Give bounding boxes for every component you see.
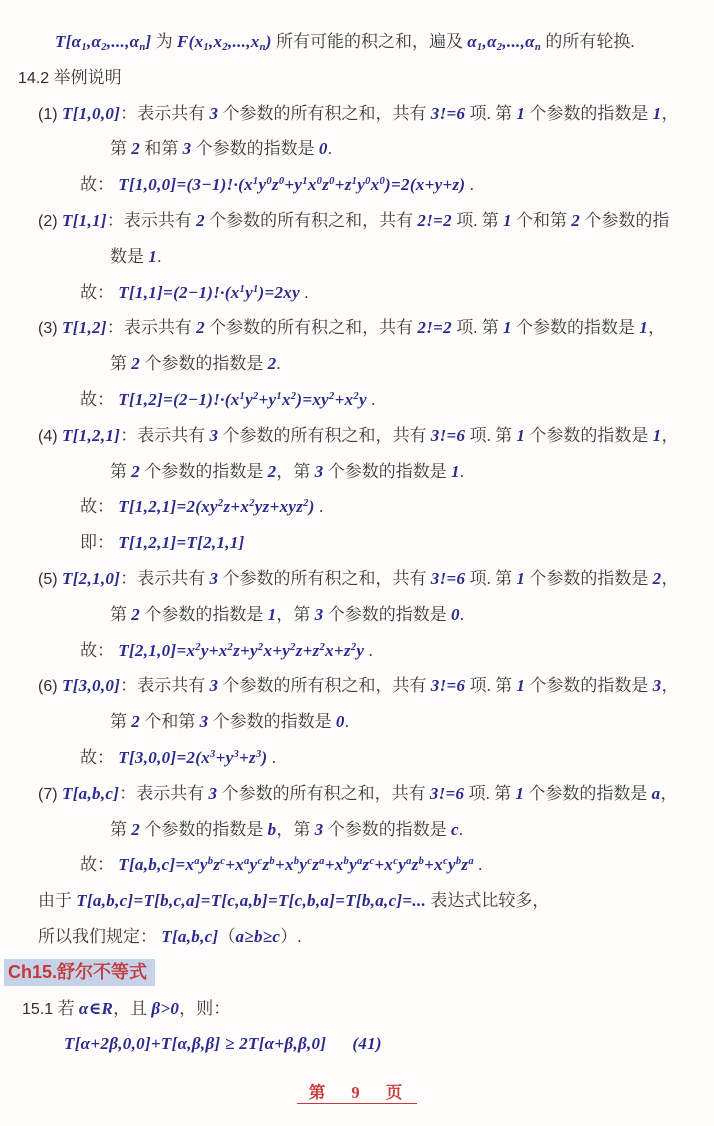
item-4-equivalence: 即： T[1,2,1]=T[2,1,1] <box>0 525 714 561</box>
text-segment: 故： <box>80 390 118 409</box>
math-text: 3 <box>209 569 218 588</box>
text-segment: 个参数的指数是 <box>525 426 653 445</box>
text-segment: 个参数的指数是 <box>323 605 451 624</box>
text-segment: ， <box>661 426 678 445</box>
math-text: T[a,b,c] <box>62 784 119 803</box>
item-2-head: (2) T[1,1]：表示共有 2 个参数的所有积之和，共有 2!=2 项. 第… <box>0 203 714 239</box>
text-segment: ， <box>661 569 678 588</box>
math-text: 3!=6 <box>431 676 466 695</box>
text-segment: 项. 第 <box>465 104 516 123</box>
doc-lines: T[α1,α2,...,αn] 为 F(x1,x2,...,xn) 所有可能的积… <box>0 24 714 1062</box>
text-segment: . <box>460 605 464 624</box>
math-text: 3!=6 <box>431 569 466 588</box>
text-segment: 个参数的指数是 <box>140 462 268 481</box>
text-segment: (5) <box>38 571 62 588</box>
math-text: 2 <box>131 712 140 731</box>
math-text: 1 <box>516 104 525 123</box>
math-text: 0 <box>451 605 460 624</box>
text-segment: 项. 第 <box>452 318 503 337</box>
math-text: (41) <box>352 1034 382 1053</box>
text-segment: ， <box>661 676 678 695</box>
text-segment: . <box>276 354 280 373</box>
math-text: T[1,0,0] <box>62 104 120 123</box>
text-segment: 项. 第 <box>465 569 516 588</box>
math-text: 3 <box>209 676 218 695</box>
text-segment: 个参数的指数是 <box>191 139 319 158</box>
math-text: 1 <box>148 247 157 266</box>
math-text: 1 <box>451 462 460 481</box>
math-text: 2!=2 <box>417 318 452 337</box>
item-5-head: (5) T[2,1,0]：表示共有 3 个参数的所有积之和，共有 3!=6 项.… <box>0 561 714 597</box>
math-text: 2 <box>131 605 140 624</box>
text-segment: 个参数的指数是 <box>323 820 451 839</box>
text-segment: Ch15. <box>8 962 57 982</box>
item-7-formula: 故： T[a,b,c]=xaybzc+xayczb+xbycza+xbyazc+… <box>0 847 714 883</box>
item-4-formula: 故： T[1,2,1]=2(xy2z+x2yz+xyz2) . <box>0 489 714 525</box>
text-segment: 表达式比较多， <box>426 891 549 910</box>
page-number: 第 9 页 <box>297 1083 418 1104</box>
text-segment: （ <box>218 927 235 946</box>
item-4-head: (4) T[1,2,1]：表示共有 3 个参数的所有积之和，共有 3!=6 项.… <box>0 418 714 454</box>
text-segment: 故： <box>80 283 118 302</box>
text-segment: 和第 <box>140 139 183 158</box>
text-segment: 项. 第 <box>452 211 503 230</box>
text-segment: ：表示共有 <box>120 676 209 695</box>
math-text: 3!=6 <box>431 104 466 123</box>
text-segment: . <box>315 497 324 516</box>
item-2-cont: 数是 1. <box>0 239 714 275</box>
chapter-15-title: Ch15.舒尔不等式 <box>0 955 714 991</box>
text-segment: 第 <box>110 820 131 839</box>
text-segment: . <box>364 641 373 660</box>
text-segment: . <box>460 462 464 481</box>
text-segment: (7) <box>38 786 62 803</box>
text-segment: 第 <box>110 462 131 481</box>
item-4-cont: 第 2 个参数的指数是 2，第 3 个参数的指数是 1. <box>0 454 714 490</box>
item-6-formula: 故： T[3,0,0]=2(x3+y3+z3) . <box>0 740 714 776</box>
text-segment: 个和第 <box>512 211 572 230</box>
math-text: 1 <box>503 318 512 337</box>
item-1-formula: 故： T[1,0,0]=(3−1)!·(x1y0z0+y1x0z0+z1y0x0… <box>0 167 714 203</box>
text-segment: 个参数的所有积之和，共有 <box>217 784 430 803</box>
math-text: T[1,2]=(2−1)!·(x1y2+y1x2)=xy2+x2y <box>118 390 367 409</box>
text-segment: . <box>300 283 309 302</box>
text-segment: 故： <box>80 855 118 874</box>
math-text: 1 <box>516 676 525 695</box>
math-text: 0 <box>336 712 345 731</box>
text-segment: 个参数的指数是 <box>140 820 268 839</box>
text-segment: 个和第 <box>140 712 200 731</box>
text-segment: 由于 <box>38 891 76 910</box>
math-text: 3 <box>209 104 218 123</box>
math-text: 1 <box>516 426 525 445</box>
math-text: T[a,b,c]=xaybzc+xayczb+xbycza+xbyazc+xcy… <box>118 855 474 874</box>
item-6-head: (6) T[3,0,0]：表示共有 3 个参数的所有积之和，共有 3!=6 项.… <box>0 668 714 704</box>
text-segment: 数是 <box>110 247 148 266</box>
item-2-formula: 故： T[1,1]=(2−1)!·(x1y1)=2xy . <box>0 275 714 311</box>
text-segment: 所以我们规定： <box>38 927 161 946</box>
text-segment: 若 <box>58 999 79 1018</box>
section-15-1-head: 15.1 若 α∈R，且 β>0，则： <box>0 991 714 1027</box>
text-segment: 的所有轮换. <box>541 32 635 51</box>
text-segment: 个参数的指数是 <box>323 462 451 481</box>
remark-convention: 所以我们规定： T[a,b,c]（a≥b≥c）. <box>0 919 714 955</box>
math-text: 1 <box>515 784 524 803</box>
text-segment: 15.1 <box>22 1001 58 1018</box>
text-segment: ， <box>661 104 678 123</box>
text-segment: ，第 <box>276 605 314 624</box>
text-segment: 个参数的指数是 <box>525 104 653 123</box>
math-text: 2 <box>131 354 140 373</box>
section-14-2-title: 14.2 举例说明 <box>0 60 714 96</box>
text-segment: 个参数的指数是 <box>140 605 268 624</box>
text-segment: (4) <box>38 428 62 445</box>
math-text: 2!=2 <box>417 211 452 230</box>
text-segment: 故： <box>80 641 118 660</box>
math-text: T[1,2,1]=2(xy2z+x2yz+xyz2) <box>118 497 314 516</box>
text-segment: 个参数的指数是 <box>512 318 640 337</box>
text-segment: ，且 <box>113 999 151 1018</box>
math-text: 3!=6 <box>430 784 465 803</box>
math-text: 2 <box>571 211 580 230</box>
text-segment: . <box>465 175 474 194</box>
text-segment: ）. <box>280 927 301 946</box>
text-segment: . <box>459 820 463 839</box>
text-segment: 项. 第 <box>465 426 516 445</box>
intro-line: T[α1,α2,...,αn] 为 F(x1,x2,...,xn) 所有可能的积… <box>0 24 714 60</box>
text-segment: 所有可能的积之和，遍及 <box>272 32 468 51</box>
math-text: T[a,b,c] <box>161 927 218 946</box>
text-segment: ， <box>660 784 677 803</box>
item-6-cont: 第 2 个和第 3 个参数的指数是 0. <box>0 704 714 740</box>
text-segment: ，第 <box>276 820 314 839</box>
text-segment: . <box>157 247 161 266</box>
text-segment: 舒尔不等式 <box>57 962 147 982</box>
math-text: T[1,2,1] <box>62 426 120 445</box>
text-segment: 个参数的所有积之和，共有 <box>218 426 431 445</box>
item-7-cont: 第 2 个参数的指数是 b，第 3 个参数的指数是 c. <box>0 812 714 848</box>
math-text: T[α+2β,0,0]+T[α,β,β] ≥ 2T[α+β,β,0] <box>64 1034 326 1053</box>
math-text: T[1,2,1]=T[2,1,1] <box>118 533 244 552</box>
math-text: c <box>451 820 459 839</box>
text-segment: ：表示共有 <box>120 569 209 588</box>
text-segment: 个参数的指数是 <box>140 354 268 373</box>
text-segment: ：表示共有 <box>119 784 208 803</box>
text-segment: 个参数的指数是 <box>524 784 652 803</box>
text-segment: ：表示共有 <box>120 104 209 123</box>
item-3-formula: 故： T[1,2]=(2−1)!·(x1y2+y1x2)=xy2+x2y . <box>0 382 714 418</box>
item-1-cont: 第 2 和第 3 个参数的指数是 0. <box>0 131 714 167</box>
text-segment: (1) <box>38 106 62 123</box>
math-text: 2 <box>131 462 140 481</box>
text-segment: . <box>345 712 349 731</box>
item-1-head: (1) T[1,0,0]：表示共有 3 个参数的所有积之和，共有 3!=6 项.… <box>0 96 714 132</box>
text-segment: . <box>328 139 332 158</box>
remark-equivalents: 由于 T[a,b,c]=T[b,c,a]=T[c,a,b]=T[c,b,a]=T… <box>0 883 714 919</box>
math-text: T[1,2] <box>62 318 107 337</box>
text-segment: 个参数的所有积之和，共有 <box>218 569 431 588</box>
math-text: 2 <box>196 318 205 337</box>
text-segment: . <box>474 855 483 874</box>
text-segment: ：表示共有 <box>107 211 196 230</box>
text-segment: 第 <box>110 712 131 731</box>
text-segment: 故： <box>80 175 118 194</box>
math-text: T[3,0,0]=2(x3+y3+z3) <box>118 748 267 767</box>
math-text: 1 <box>516 569 525 588</box>
document-page: T[α1,α2,...,αn] 为 F(x1,x2,...,xn) 所有可能的积… <box>0 0 714 1126</box>
text-segment: 举例说明 <box>54 68 122 87</box>
text-segment: 为 <box>151 32 177 51</box>
text-segment: 即： <box>80 533 118 552</box>
page-footer: 第 9 页 <box>0 1078 714 1108</box>
math-text: 3 <box>209 426 218 445</box>
text-segment: . <box>268 748 277 767</box>
math-text: F(x1,x2,...,xn) <box>177 32 272 51</box>
text-segment: 项. 第 <box>464 784 515 803</box>
text-segment: 个参数的指 <box>580 211 669 230</box>
math-text: β>0 <box>151 999 179 1018</box>
math-text: 2 <box>131 139 140 158</box>
math-text: T[1,0,0]=(3−1)!·(x1y0z0+y1x0z0+z1y0x0)=2… <box>118 175 465 194</box>
highlight-span: Ch15.舒尔不等式 <box>4 959 155 986</box>
math-text: α∈R <box>79 999 113 1018</box>
text-segment: 14.2 <box>18 70 54 87</box>
math-text: 2 <box>131 820 140 839</box>
math-text: T[1,1] <box>62 211 107 230</box>
text-segment: ，则： <box>179 999 230 1018</box>
text-segment: 故： <box>80 748 118 767</box>
text-segment: . <box>367 390 376 409</box>
math-text: T[1,1]=(2−1)!·(x1y1)=2xy <box>118 283 300 302</box>
math-text: α1,α2,...,αn <box>467 32 541 51</box>
text-segment: ：表示共有 <box>107 318 196 337</box>
text-segment: 第 <box>110 139 131 158</box>
math-text: T[2,1,0]=x2y+x2z+y2x+y2z+z2x+z2y <box>118 641 364 660</box>
text-segment: (6) <box>38 678 62 695</box>
text-segment: (2) <box>38 213 62 230</box>
item-5-cont: 第 2 个参数的指数是 1，第 3 个参数的指数是 0. <box>0 597 714 633</box>
text-segment: ，第 <box>276 462 314 481</box>
math-text: 2 <box>196 211 205 230</box>
math-text: T[a,b,c]=T[b,c,a]=T[c,a,b]=T[c,b,a]=T[b,… <box>76 891 426 910</box>
item-3-cont: 第 2 个参数的指数是 2. <box>0 346 714 382</box>
item-5-formula: 故： T[2,1,0]=x2y+x2z+y2x+y2z+z2x+z2y . <box>0 633 714 669</box>
text-segment: 项. 第 <box>465 676 516 695</box>
text-segment: 个参数的指数是 <box>208 712 336 731</box>
text-segment: 故： <box>80 497 118 516</box>
math-text: 1 <box>503 211 512 230</box>
text-segment: 第 <box>110 605 131 624</box>
text-segment: 个参数的所有积之和，共有 <box>205 211 418 230</box>
text-segment: ：表示共有 <box>120 426 209 445</box>
item-7-head: (7) T[a,b,c]：表示共有 3 个参数的所有积之和，共有 3!=6 项.… <box>0 776 714 812</box>
math-text: 1 <box>639 318 648 337</box>
item-3-head: (3) T[1,2]：表示共有 2 个参数的所有积之和，共有 2!=2 项. 第… <box>0 310 714 346</box>
text-segment: 个参数的指数是 <box>525 676 653 695</box>
math-text: 0 <box>319 139 328 158</box>
math-text: 3 <box>209 784 218 803</box>
math-text: 3!=6 <box>431 426 466 445</box>
text-segment: 个参数的所有积之和，共有 <box>218 676 431 695</box>
text-segment: (3) <box>38 320 62 337</box>
math-text: a≥b≥c <box>235 927 280 946</box>
math-text: T[3,0,0] <box>62 676 120 695</box>
math-text: T[α1,α2,...,αn] <box>55 32 151 51</box>
text-segment: 个参数的所有积之和，共有 <box>218 104 431 123</box>
text-segment: 第 <box>110 354 131 373</box>
inequality-41: T[α+2β,0,0]+T[α,β,β] ≥ 2T[α+β,β,0](41) <box>0 1026 714 1062</box>
text-segment: 个参数的指数是 <box>525 569 653 588</box>
math-text: T[2,1,0] <box>62 569 120 588</box>
text-segment: ， <box>648 318 665 337</box>
text-segment: 个参数的所有积之和，共有 <box>205 318 418 337</box>
